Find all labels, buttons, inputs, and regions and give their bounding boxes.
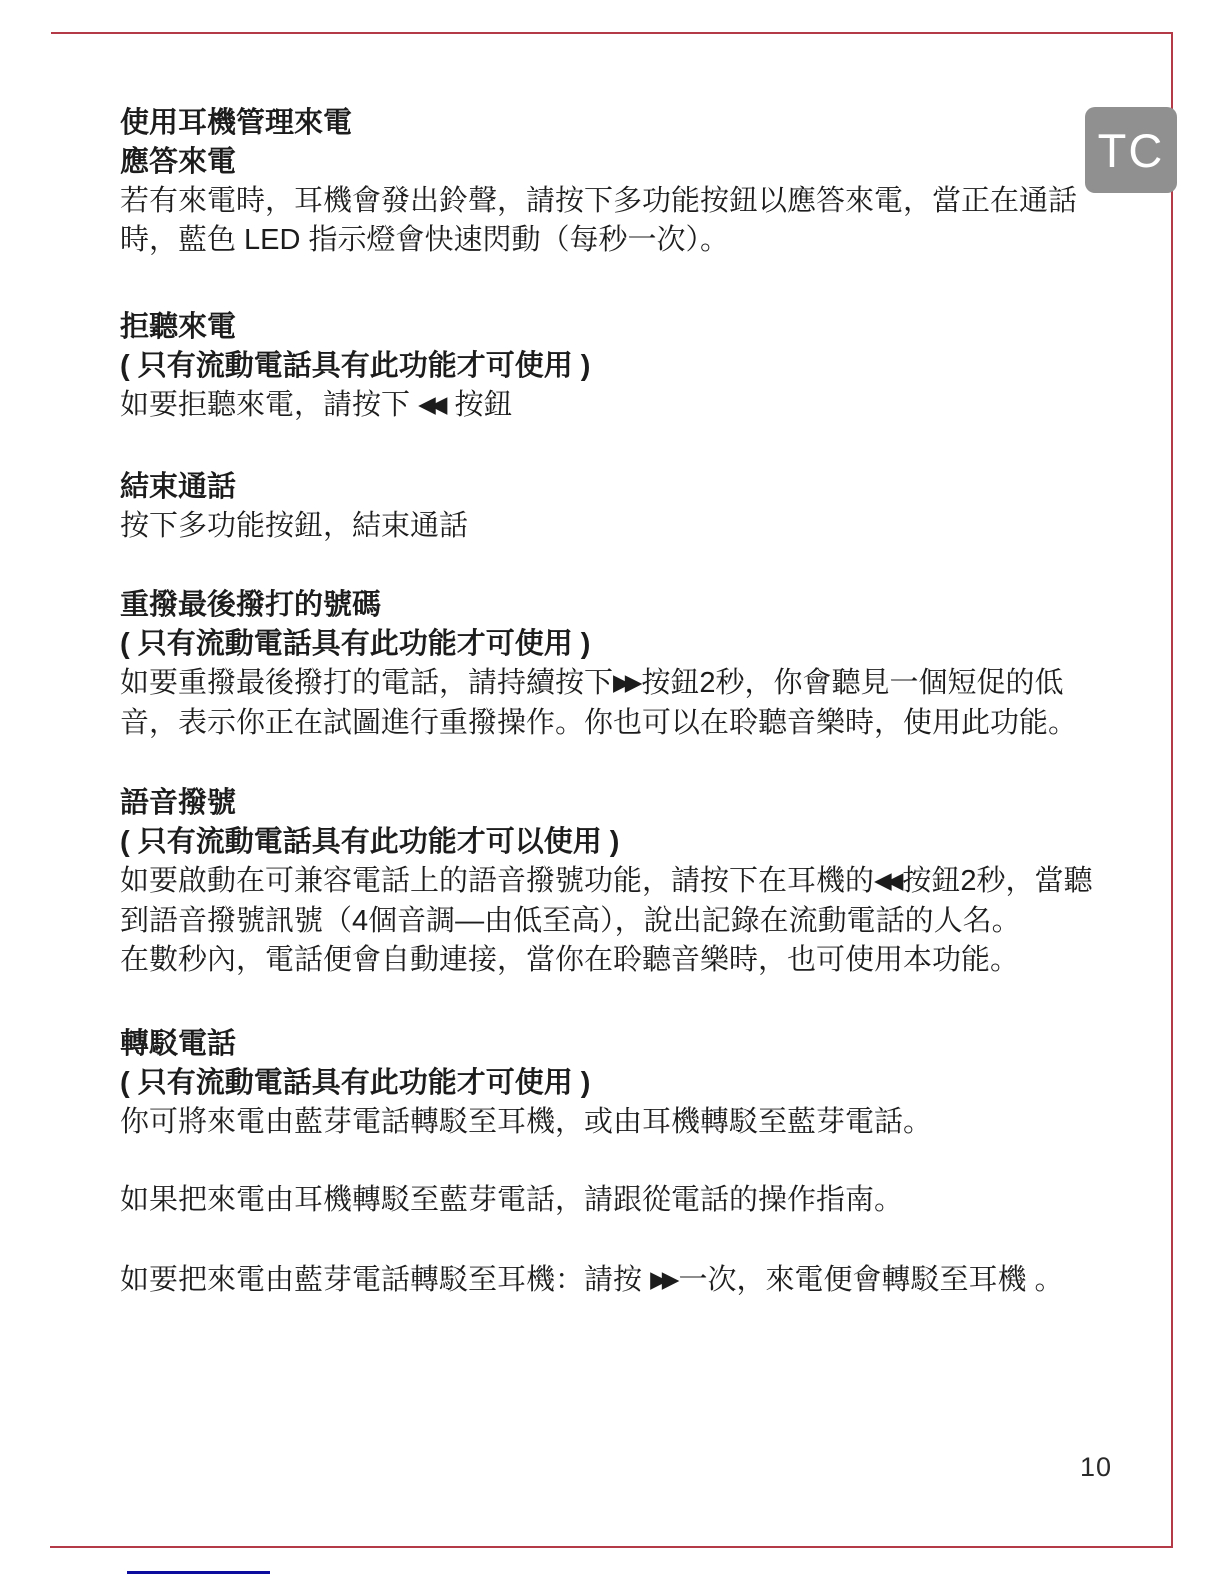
body-line: 你可將來電由藍芽電話轉駁至耳機，或由耳機轉駁至藍芽電話。 [120, 1103, 1100, 1142]
fast-forward-icon: ▶▶ [613, 663, 641, 702]
language-badge-label: TC [1098, 123, 1165, 178]
page-content: 使用耳機管理來電 應答來電 若有來電時，耳機會發出鈴聲，請按下多功能按鈕以應答來… [120, 104, 1100, 1301]
body-line: 若有來電時，耳機會發出鈴聲，請按下多功能按鈕以應答來電，當正在通話 [120, 182, 1100, 221]
page-number: 10 [1080, 1452, 1112, 1483]
body-text: 如要把來電由藍芽電話轉駁至耳機：請按 [120, 1264, 650, 1296]
footer-blue-mark [127, 1571, 270, 1574]
body-line: 到語音撥號訊號（4個音調—由低至高），說出記錄在流動電話的人名。 [120, 902, 1100, 941]
body-text: 如要重撥最後撥打的電話，請持續按下 [120, 667, 613, 699]
body-text: 按鈕2秒，當聽 [902, 865, 1092, 897]
subsection-title-answer-call: 應答來電 [120, 143, 1100, 182]
section-reject-call: 拒聽來電 ( 只有流動電話具有此功能才可使用 ) 如要拒聽來電，請按下 ◀◀ 按… [120, 308, 1100, 426]
section-manage-calls: 使用耳機管理來電 應答來電 若有來電時，耳機會發出鈴聲，請按下多功能按鈕以應答來… [120, 104, 1100, 260]
body-text: 如要啟動在可兼容電話上的語音撥號功能，請按下在耳機的 [120, 865, 874, 897]
availability-note: ( 只有流動電話具有此功能才可使用 ) [120, 1064, 1100, 1103]
section-voice-dial: 語音撥號 ( 只有流動電話具有此功能才可以使用 ) 如要啟動在可兼容電話上的語音… [120, 784, 1100, 980]
section-title: 語音撥號 [120, 784, 1100, 823]
availability-note: ( 只有流動電話具有此功能才可使用 ) [120, 347, 1100, 386]
body-line: 如果把來電由耳機轉駁至藍芽電話，請跟從電話的操作指南。 [120, 1181, 1100, 1220]
availability-note: ( 只有流動電話具有此功能才可使用 ) [120, 625, 1100, 664]
availability-note: ( 只有流動電話具有此功能才可以使用 ) [120, 823, 1100, 862]
section-redial: 重撥最後撥打的號碼 ( 只有流動電話具有此功能才可使用 ) 如要重撥最後撥打的電… [120, 586, 1100, 743]
body-line: 如要重撥最後撥打的電話，請持續按下▶▶按鈕2秒，你會聽見一個短促的低 [120, 664, 1100, 704]
body-line: 在數秒內，電話便會自動連接，當你在聆聽音樂時，也可使用本功能。 [120, 941, 1100, 980]
top-rule [51, 32, 1173, 34]
body-text: 一次，來電便會轉駁至耳機 。 [678, 1264, 1063, 1296]
section-title: 使用耳機管理來電 [120, 104, 1100, 143]
section-call-transfer: 轉駁電話 ( 只有流動電話具有此功能才可使用 ) 你可將來電由藍芽電話轉駁至耳機… [120, 1025, 1100, 1301]
section-title: 結束通話 [120, 468, 1100, 507]
rewind-icon: ◀◀ [418, 385, 446, 424]
body-line: 如要啟動在可兼容電話上的語音撥號功能，請按下在耳機的◀◀按鈕2秒，當聽 [120, 862, 1100, 902]
body-line: 如要拒聽來電，請按下 ◀◀ 按鈕 [120, 386, 1100, 426]
right-rule [1171, 32, 1173, 1548]
fast-forward-icon: ▶▶ [650, 1260, 678, 1299]
body-line: 按下多功能按鈕，結束通話 [120, 507, 1100, 546]
section-title: 轉駁電話 [120, 1025, 1100, 1064]
body-text: 如要拒聽來電，請按下 [120, 389, 418, 421]
language-badge: TC [1085, 107, 1177, 193]
body-text: 按鈕2秒，你會聽見一個短促的低 [641, 667, 1063, 699]
body-line: 音，表示你正在試圖進行重撥操作。你也可以在聆聽音樂時，使用此功能。 [120, 704, 1100, 743]
section-title: 重撥最後撥打的號碼 [120, 586, 1100, 625]
section-end-call: 結束通話 按下多功能按鈕，結束通話 [120, 468, 1100, 546]
body-text: 按鈕 [446, 389, 512, 421]
body-line: 時，藍色 LED 指示燈會快速閃動（每秒一次）。 [120, 221, 1100, 260]
section-title: 拒聽來電 [120, 308, 1100, 347]
bottom-rule [50, 1546, 1173, 1548]
manual-page: TC 使用耳機管理來電 應答來電 若有來電時，耳機會發出鈴聲，請按下多功能按鈕以… [0, 0, 1224, 1584]
body-line: 如要把來電由藍芽電話轉駁至耳機：請按 ▶▶一次，來電便會轉駁至耳機 。 [120, 1261, 1100, 1301]
rewind-icon: ◀◀ [874, 861, 902, 900]
